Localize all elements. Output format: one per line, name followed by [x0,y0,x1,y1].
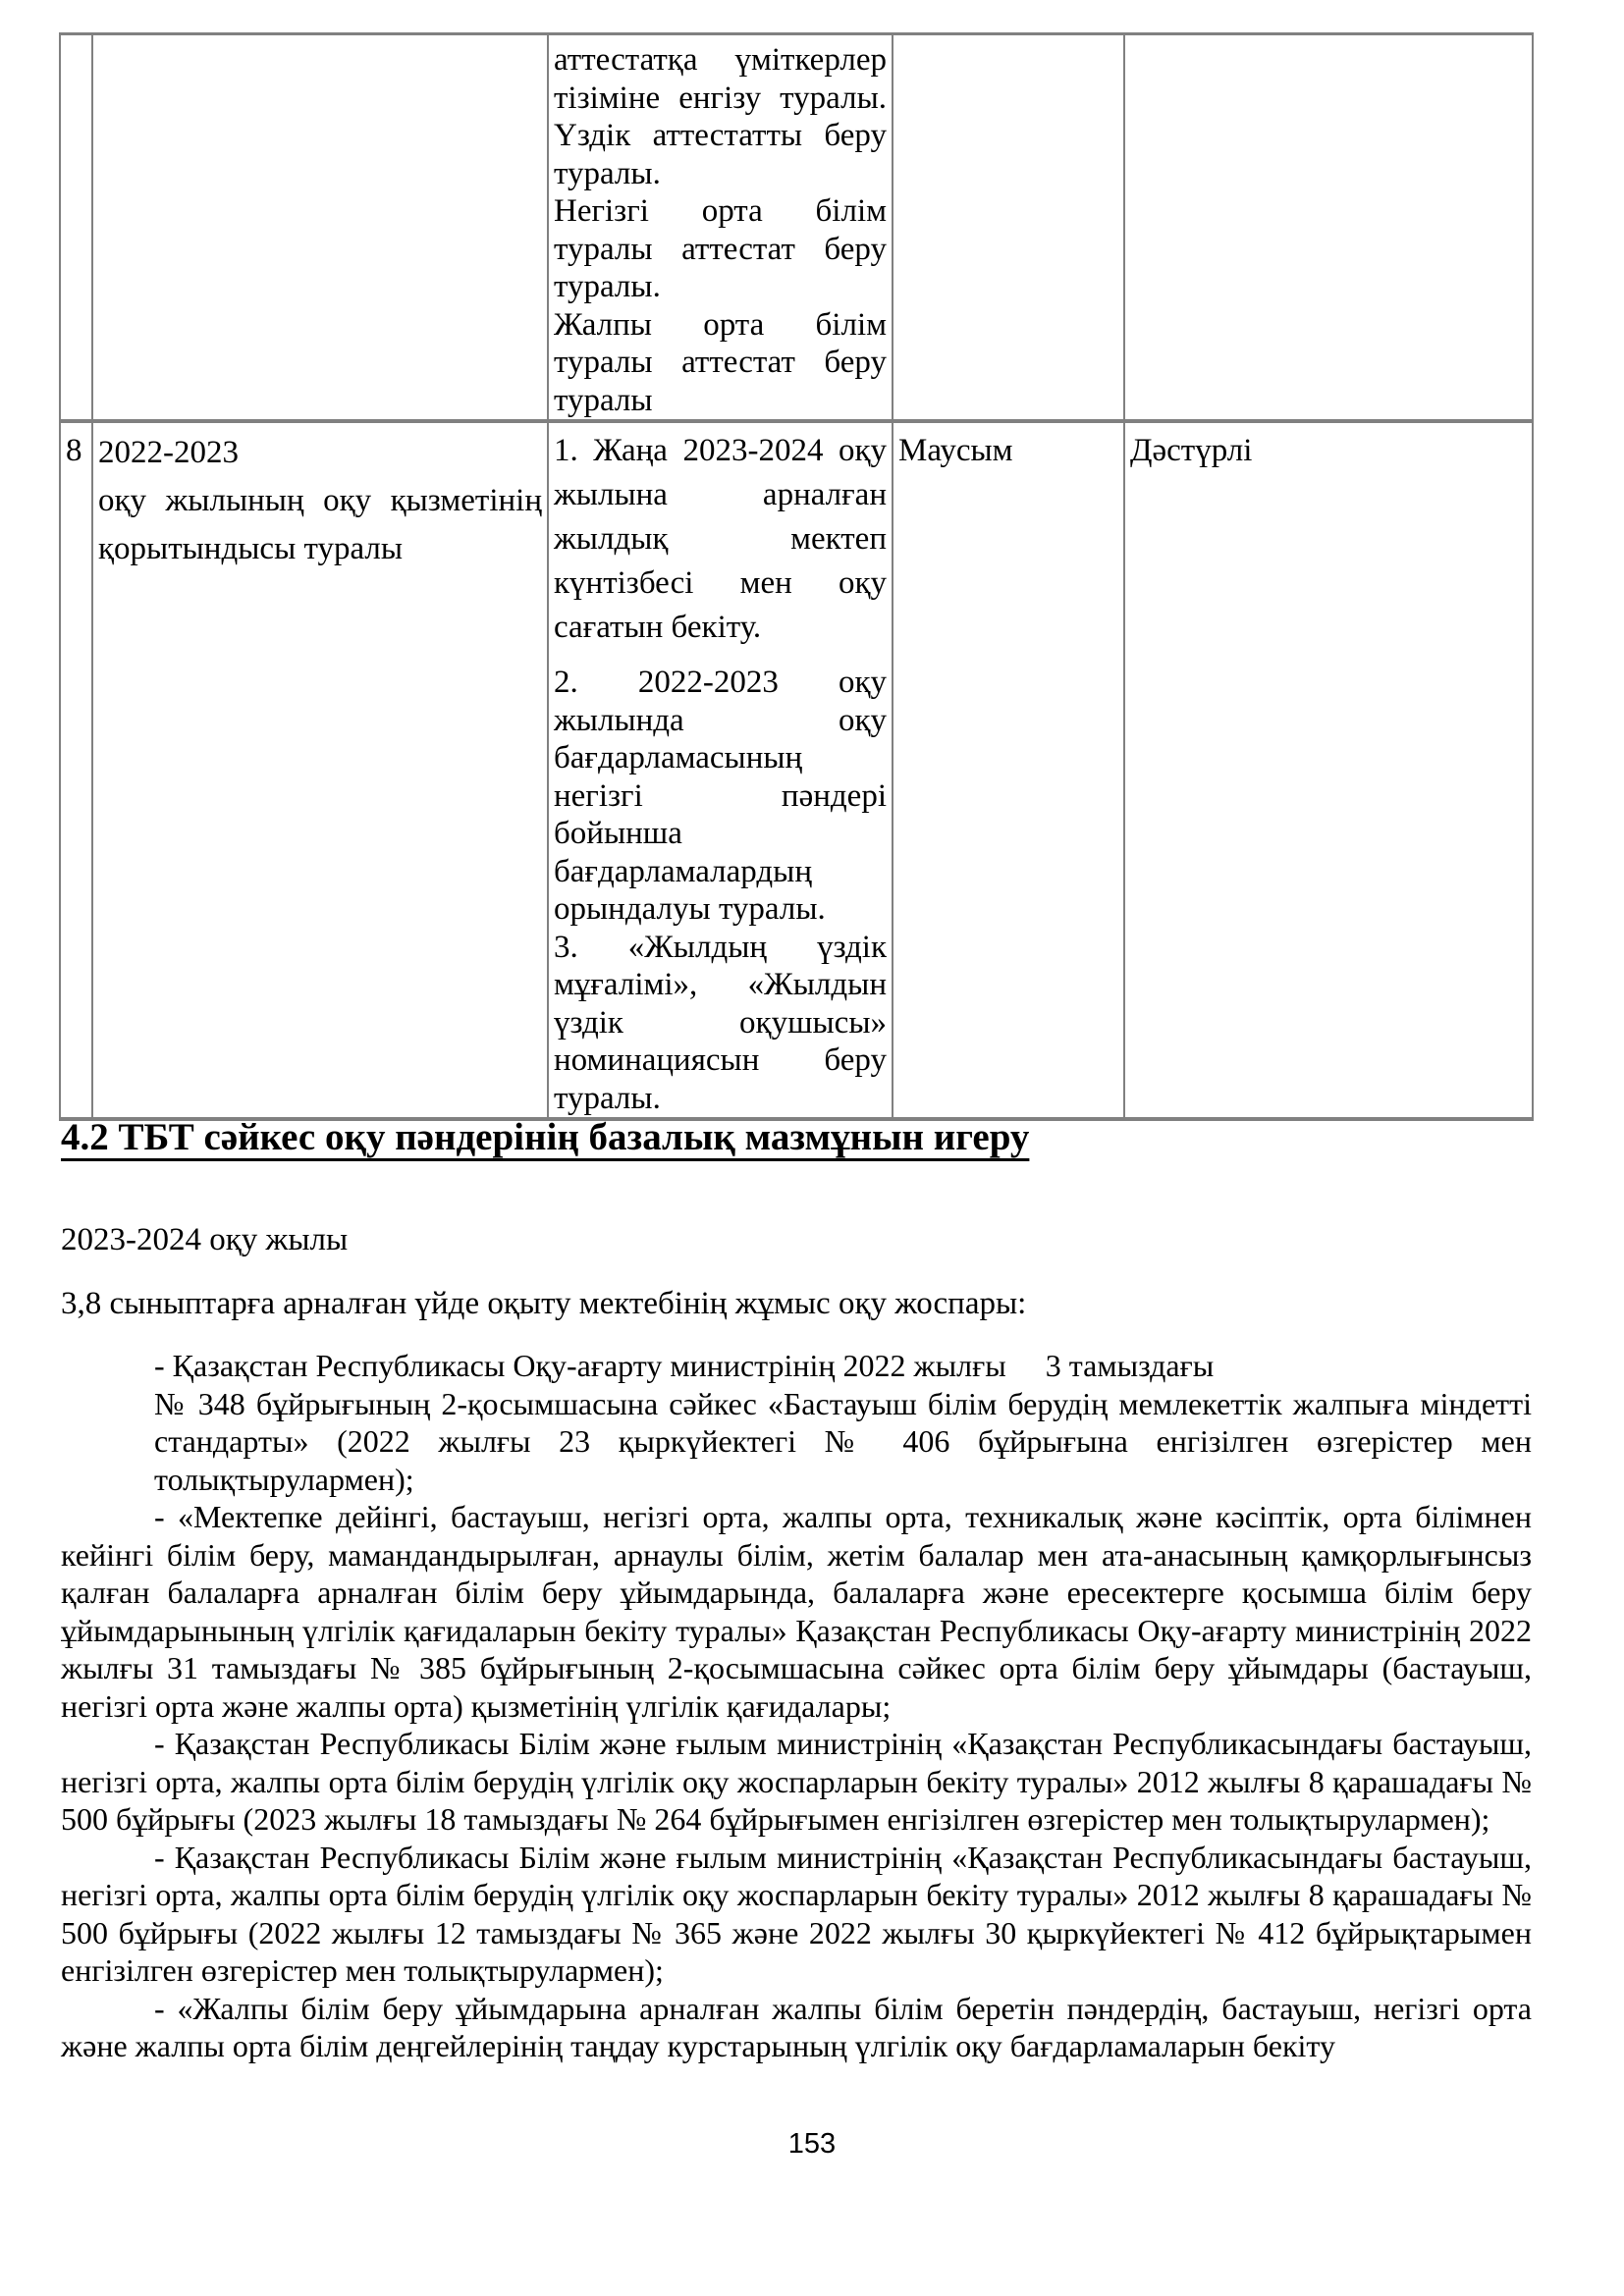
table-cell-empty [893,34,1124,422]
table-cell-month: Маусым [893,421,1124,1119]
table-row-continuation: аттестатқа үміткерлер тізіміне енгізу ту… [60,34,1533,422]
table-cell-empty [92,34,548,422]
paragraph-regulation-2: - «Мектепке дейінгі, бастауыш, негізгі о… [61,1498,1532,1725]
table-row-8: 8 2022-2023 оқу жылының оқу қызметінің қ… [60,421,1533,1119]
agenda-spacer [554,650,887,664]
paragraph-regulation-3: - Қазақстан Республикасы Білім және ғылы… [61,1725,1532,1839]
agenda-continued-text: аттестатқа үміткерлер тізіміне енгізу ту… [554,41,887,419]
paragraph-regulation-5: - «Жалпы білім беру ұйымдарына арналған … [61,1990,1532,2065]
study-plan-line: 3,8 сыныптарға арналған үйде оқыту мекте… [61,1284,1026,1323]
format-text: Дәстүрлі [1130,429,1527,472]
table-cell-agenda: 1. Жаңа 2023-2024 оқу жылына арналған жы… [548,421,893,1119]
table-cell-number: 8 [60,421,92,1119]
agenda-item-1: 1. Жаңа 2023-2024 оқу жылына арналған жы… [554,429,887,650]
topic-text: 2022-2023 оқу жылының оқу қызметінің қор… [98,429,542,573]
paragraph-regulation-1: - Қазақстан Республикасы Оқу-ағарту мини… [154,1347,1532,1498]
section-heading: 4.2 ТБТ сәйкес оқу пәндерінің базалық ма… [61,1115,1029,1159]
table-cell-topic: 2022-2023 оқу жылының оқу қызметінің қор… [92,421,548,1119]
paragraph-regulation-4: - Қазақстан Республикасы Білім және ғылы… [61,1839,1532,1990]
agenda-item-2: 2. 2022-2023 оқу жылында оқу бағдарламас… [554,664,887,929]
agenda-item-3: 3. «Жылдың үздік мұғалімі», «Жылдын үзді… [554,929,887,1118]
page-number: 153 [0,2128,1624,2161]
table-cell-empty [1124,34,1533,422]
schedule-table: аттестатқа үміткерлер тізіміне енгізу ту… [59,32,1534,1121]
regulations-list: - Қазақстан Республикасы Оқу-ағарту мини… [61,1347,1532,2065]
document-page: аттестатқа үміткерлер тізіміне енгізу ту… [0,0,1624,2296]
table-cell-agenda-continued: аттестатқа үміткерлер тізіміне енгізу ту… [548,34,893,422]
school-year-line: 2023-2024 оқу жылы [61,1220,348,1259]
table-cell-format: Дәстүрлі [1124,421,1533,1119]
row-number: 8 [66,429,86,472]
table-cell-empty [60,34,92,422]
month-text: Маусым [898,429,1118,472]
